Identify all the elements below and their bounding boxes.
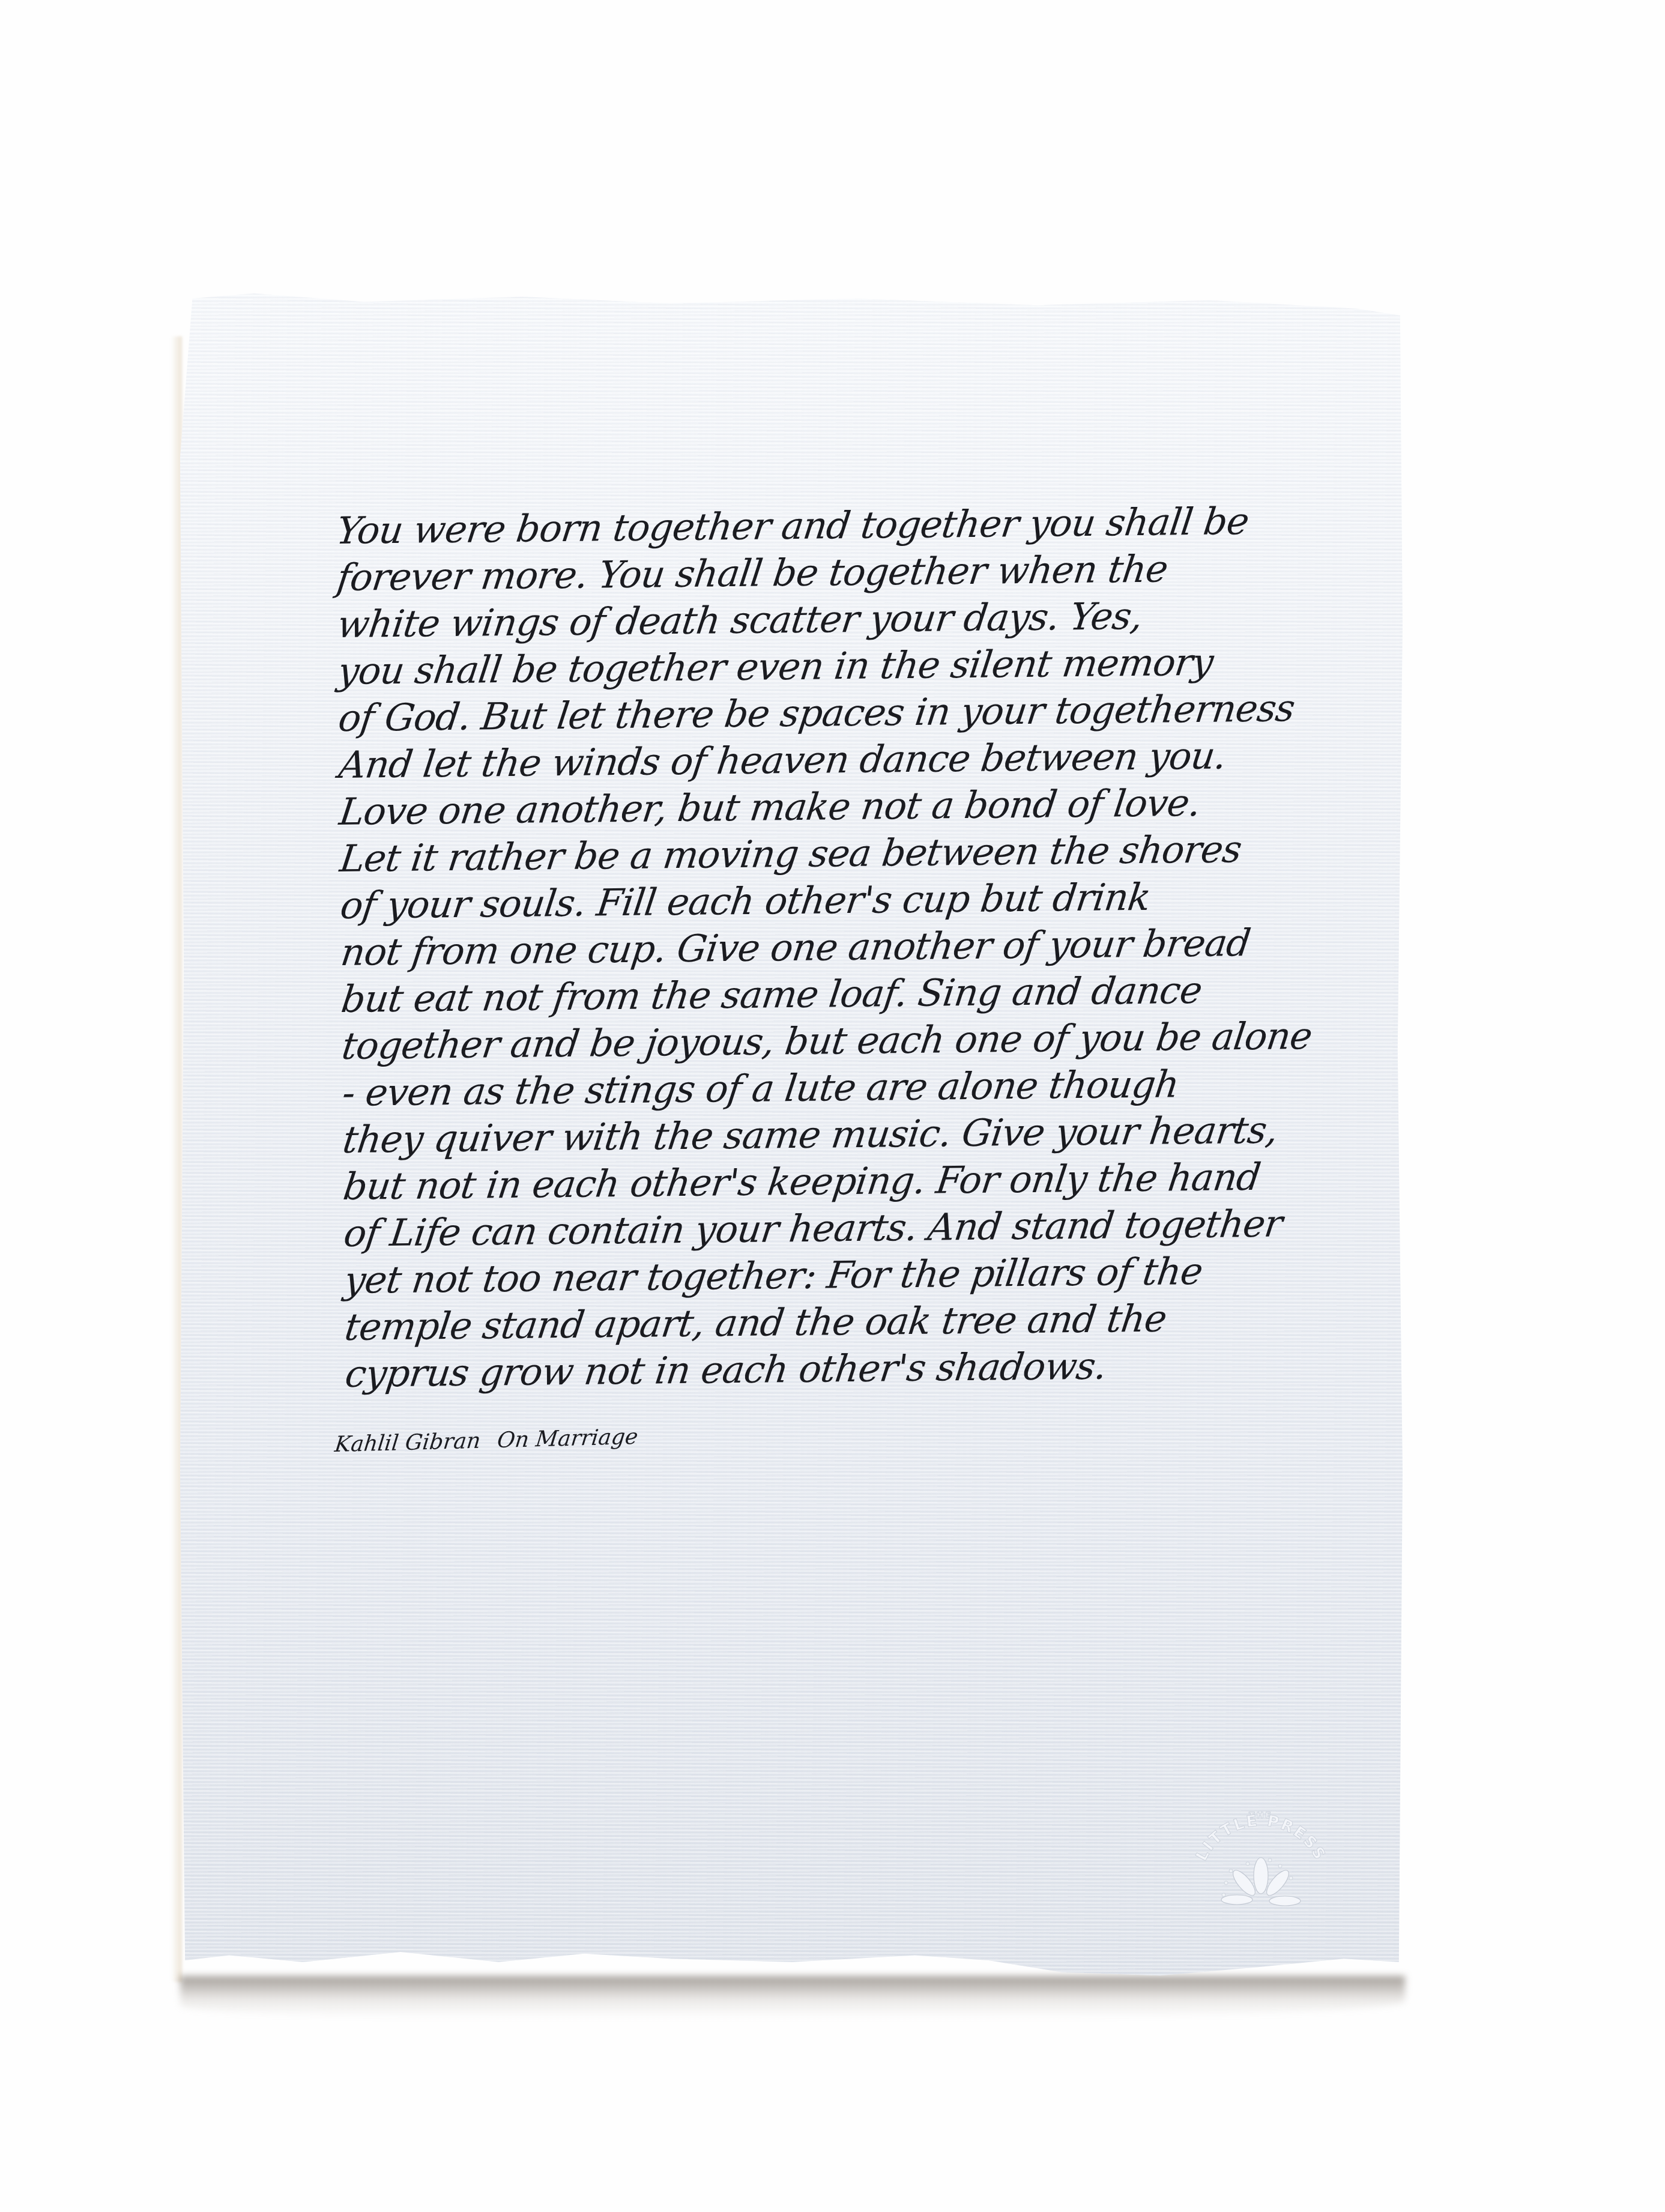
lotus-icon: THE LITTLE PRESS [1177, 1805, 1345, 1925]
svg-text:LITTLE PRESS: LITTLE PRESS [1192, 1812, 1329, 1864]
embossed-logo: THE LITTLE PRESS [1177, 1805, 1345, 1925]
poem-title: On Marriage [496, 1425, 639, 1453]
emboss-brand-text: LITTLE PRESS [1192, 1812, 1329, 1864]
paper-edge [171, 336, 182, 1982]
poem-line: cyprus grow not in each other's shadows. [343, 1341, 1286, 1397]
poem-text: You were born together and together you … [333, 498, 1279, 1398]
author-name: Kahlil Gibran [333, 1429, 482, 1457]
paper-shadow [180, 1976, 1405, 2018]
